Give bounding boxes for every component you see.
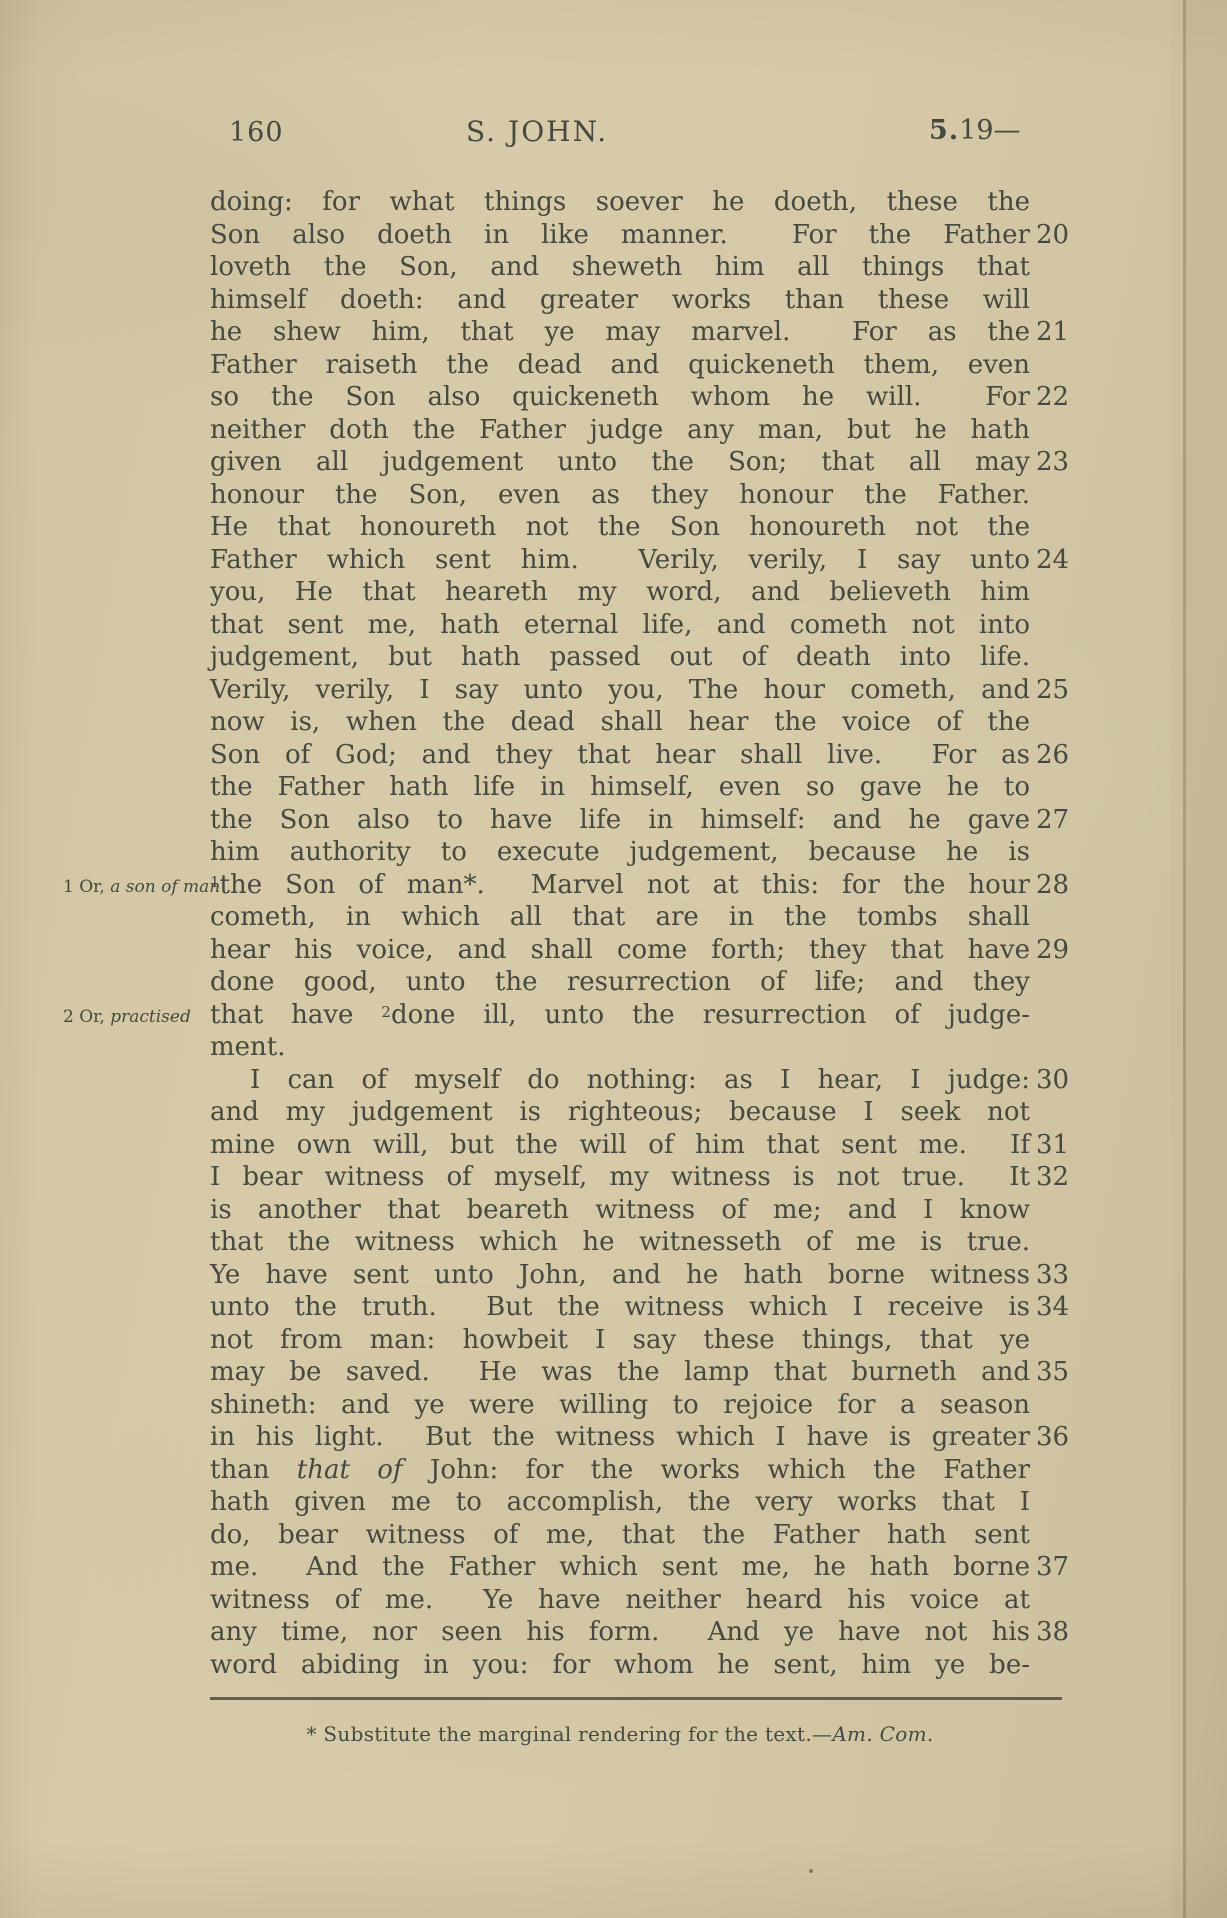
text-segment: the Father hath life in himself, even so… — [210, 772, 1030, 802]
footnote-source: Am. Com. — [832, 1722, 933, 1746]
text-segment: Father raiseth the dead and quickeneth t… — [210, 350, 1030, 380]
verse-ref-verse: 19— — [959, 115, 1020, 146]
text-line-content: himself doeth: and greater works than th… — [210, 284, 1030, 317]
text-line: shineth: and ye were willing to rejoice … — [210, 1389, 1090, 1422]
text-line: loveth the Son, and sheweth him all thin… — [210, 251, 1090, 284]
margin-note-label: 2 Or, — [63, 1007, 110, 1027]
text-segment: mine own will, but the will of him that … — [210, 1130, 1030, 1160]
text-segment: Son also doeth in like manner. For the F… — [210, 220, 1030, 250]
text-segment: ment. — [210, 1032, 286, 1062]
text-segment: neither doth the Father judge any man, b… — [210, 415, 1030, 445]
footnote-text: * Substitute the marginal rendering for … — [306, 1722, 832, 1746]
text-line-content: He that honoureth not the Son honoureth … — [210, 511, 1030, 544]
verse-number: 32 — [1036, 1161, 1086, 1194]
text-segment: done good, unto the resurrection of life… — [210, 967, 1030, 997]
verse-number: 23 — [1036, 446, 1086, 479]
footnote-divider-rule — [210, 1697, 1062, 1700]
text-line-content: is another that beareth witness of me; a… — [210, 1194, 1030, 1227]
text-line-content: witness of me. Ye have neither heard his… — [210, 1584, 1030, 1617]
paper-speck — [809, 1869, 813, 1873]
text-line: Son of God; and they that hear shall liv… — [210, 739, 1090, 772]
text-line: hear his voice, and shall come forth; th… — [210, 934, 1090, 967]
text-line-content: not from man: howbeit I say these things… — [210, 1324, 1030, 1357]
text-line: you, He that heareth my word, and believ… — [210, 576, 1090, 609]
text-line: judgement, but hath passed out of death … — [210, 641, 1090, 674]
text-line: I bear witness of myself, my witness is … — [210, 1161, 1090, 1194]
text-line-content: done good, unto the resurrection of life… — [210, 966, 1030, 999]
verse-number: 26 — [1036, 739, 1086, 772]
margin-note: 1 Or, a son of man — [63, 877, 223, 897]
text-line-content: hear his voice, and shall come forth; th… — [210, 934, 1030, 967]
text-line: me. And the Father which sent me, he hat… — [210, 1551, 1090, 1584]
text-line: Verily, verily, I say unto you, The hour… — [210, 674, 1090, 707]
text-segment: than — [210, 1455, 297, 1485]
text-line: do, bear witness of me, that the Father … — [210, 1519, 1090, 1552]
text-segment: the Son of man*. Marvel not at this: for… — [220, 870, 1030, 900]
text-line-content: me. And the Father which sent me, he hat… — [210, 1551, 1030, 1584]
text-line-content: so the Son also quickeneth whom he will.… — [210, 381, 1030, 414]
verse-number: 28 — [1036, 869, 1086, 902]
text-line: He that honoureth not the Son honoureth … — [210, 511, 1090, 544]
text-line-content: the Son also to have life in himself: an… — [210, 804, 1030, 837]
text-line-content: given all judgement unto the Son; that a… — [210, 446, 1030, 479]
text-line: the Son also to have life in himself: an… — [210, 804, 1090, 837]
text-segment: Verily, verily, I say unto you, The hour… — [210, 675, 1030, 705]
text-line-content: Son of God; and they that hear shall liv… — [210, 739, 1030, 772]
text-line: Son also doeth in like manner. For the F… — [210, 219, 1090, 252]
verse-number: 38 — [1036, 1616, 1086, 1649]
text-segment: and my judgement is righteous; because I… — [210, 1097, 1030, 1127]
text-line-content: the Father hath life in himself, even so… — [210, 771, 1030, 804]
text-line: so the Son also quickeneth whom he will.… — [210, 381, 1090, 414]
text-line: done good, unto the resurrection of life… — [210, 966, 1090, 999]
text-line: that the witness which he witnesseth of … — [210, 1226, 1090, 1259]
verse-number: 20 — [1036, 219, 1086, 252]
verse-number: 31 — [1036, 1129, 1086, 1162]
text-line: may be saved. He was the lamp that burne… — [210, 1356, 1090, 1389]
text-line: that have 2done ill, unto the resurrecti… — [210, 999, 1090, 1032]
body-text-block: doing: for what things soever he doeth, … — [210, 186, 1090, 1681]
text-segment: that sent me, hath eternal life, and com… — [210, 610, 1030, 640]
text-segment: unto the truth. But the witness which I … — [210, 1292, 1030, 1322]
verse-number: 21 — [1036, 316, 1086, 349]
text-segment: word abiding in you: for whom he sent, h… — [210, 1650, 1030, 1680]
margin-note-reading: a son of man — [110, 877, 220, 897]
text-segment: Ye have sent unto John, and he hath born… — [210, 1260, 1030, 1290]
text-line: not from man: howbeit I say these things… — [210, 1324, 1090, 1357]
text-line-content: that sent me, hath eternal life, and com… — [210, 609, 1030, 642]
verse-ref-chapter: 5. — [929, 115, 959, 146]
text-segment: cometh, in which all that are in the tom… — [210, 902, 1030, 932]
scanned-book-page: 160 S. JOHN. 5.19— doing: for what thing… — [0, 0, 1227, 1918]
text-segment: that have — [210, 1000, 381, 1030]
text-line: in his light. But the witness which I ha… — [210, 1421, 1090, 1454]
text-line-content: Ye have sent unto John, and he hath born… — [210, 1259, 1030, 1292]
text-line-content: that the witness which he witnesseth of … — [210, 1226, 1030, 1259]
text-line-content: Father raiseth the dead and quickeneth t… — [210, 349, 1030, 382]
text-line-content: I can of myself do nothing: as I hear, I… — [210, 1064, 1030, 1097]
text-segment: may be saved. He was the lamp that burne… — [210, 1357, 1030, 1387]
text-segment: you, He that heareth my word, and believ… — [210, 577, 1030, 607]
verse-number: 37 — [1036, 1551, 1086, 1584]
text-line: I can of myself do nothing: as I hear, I… — [210, 1064, 1090, 1097]
text-line: word abiding in you: for whom he sent, h… — [210, 1649, 1090, 1682]
text-line-content: doing: for what things soever he doeth, … — [210, 186, 1030, 219]
text-line-content: in his light. But the witness which I ha… — [210, 1421, 1030, 1454]
verse-number: 24 — [1036, 544, 1086, 577]
verse-number: 36 — [1036, 1421, 1086, 1454]
text-line-content: unto the truth. But the witness which I … — [210, 1291, 1030, 1324]
text-line: that sent me, hath eternal life, and com… — [210, 609, 1090, 642]
text-segment: Son of God; and they that hear shall liv… — [210, 740, 1030, 770]
text-segment: now is, when the dead shall hear the voi… — [210, 707, 1030, 737]
running-head-title: S. JOHN. — [466, 115, 608, 148]
text-segment: I bear witness of myself, my witness is … — [210, 1162, 1030, 1192]
text-line: Father which sent him. Verily, verily, I… — [210, 544, 1090, 577]
text-line-content: neither doth the Father judge any man, b… — [210, 414, 1030, 447]
verse-number: 35 — [1036, 1356, 1086, 1389]
text-line-content: do, bear witness of me, that the Father … — [210, 1519, 1030, 1552]
text-segment: done ill, unto the resurrection of judge… — [391, 1000, 1030, 1030]
text-line-content: and my judgement is righteous; because I… — [210, 1096, 1030, 1129]
verse-number: 25 — [1036, 674, 1086, 707]
margin-note-label: 1 Or, — [63, 877, 110, 897]
text-segment: that the witness which he witnesseth of … — [210, 1227, 1030, 1257]
text-line-content: ment. — [210, 1031, 1030, 1064]
verse-number: 22 — [1036, 381, 1086, 414]
text-line: himself doeth: and greater works than th… — [210, 284, 1090, 317]
text-line: neither doth the Father judge any man, b… — [210, 414, 1090, 447]
text-line: doing: for what things soever he doeth, … — [210, 186, 1090, 219]
text-segment: hath given me to accomplish, the very wo… — [210, 1487, 1030, 1517]
page-number: 160 — [229, 117, 284, 148]
verse-number: 29 — [1036, 934, 1086, 967]
text-line: any time, nor seen his form. And ye have… — [210, 1616, 1090, 1649]
text-segment: doing: for what things soever he doeth, … — [210, 187, 1030, 217]
text-line-content: mine own will, but the will of him that … — [210, 1129, 1030, 1162]
text-segment: honour the Son, even as they honour the … — [210, 480, 1030, 510]
text-line: than that of John: for the works which t… — [210, 1454, 1090, 1487]
verse-number: 34 — [1036, 1291, 1086, 1324]
text-segment: the Son also to have life in himself: an… — [210, 805, 1030, 835]
text-line-content: any time, nor seen his form. And ye have… — [210, 1616, 1030, 1649]
text-line: 1the Son of man*. Marvel not at this: fo… — [210, 869, 1090, 902]
text-line: the Father hath life in himself, even so… — [210, 771, 1090, 804]
page-crease-line — [1183, 0, 1186, 1918]
text-line-content: he shew him, that ye may marvel. For as … — [210, 316, 1030, 349]
text-line-content: Son also doeth in like manner. For the F… — [210, 219, 1030, 252]
text-segment: any time, nor seen his form. And ye have… — [210, 1617, 1030, 1647]
verse-number: 27 — [1036, 804, 1086, 837]
text-segment: loveth the Son, and sheweth him all thin… — [210, 252, 1030, 282]
text-line-content: Verily, verily, I say unto you, The hour… — [210, 674, 1030, 707]
text-line: ment. — [210, 1031, 1090, 1064]
text-segment: hear his voice, and shall come forth; th… — [210, 935, 1030, 965]
text-line: Ye have sent unto John, and he hath born… — [210, 1259, 1090, 1292]
text-line-content: now is, when the dead shall hear the voi… — [210, 706, 1030, 739]
text-segment: do, bear witness of me, that the Father … — [210, 1520, 1030, 1550]
text-line-content: you, He that heareth my word, and believ… — [210, 576, 1030, 609]
text-line-content: that have 2done ill, unto the resurrecti… — [210, 999, 1030, 1032]
text-line-content: word abiding in you: for whom he sent, h… — [210, 1649, 1030, 1682]
text-line: is another that beareth witness of me; a… — [210, 1194, 1090, 1227]
text-segment: judgement, but hath passed out of death … — [210, 642, 1030, 672]
text-line: he shew him, that ye may marvel. For as … — [210, 316, 1090, 349]
text-line: honour the Son, even as they honour the … — [210, 479, 1090, 512]
text-segment: witness of me. Ye have neither heard his… — [210, 1585, 1030, 1615]
text-segment: he shew him, that ye may marvel. For as … — [210, 317, 1030, 347]
text-line-content: loveth the Son, and sheweth him all thin… — [210, 251, 1030, 284]
running-head-verse-ref: 5.19— — [929, 115, 1021, 146]
text-line-content: him authority to execute judgement, beca… — [210, 836, 1030, 869]
text-segment: is another that beareth witness of me; a… — [210, 1195, 1030, 1225]
text-line-content: honour the Son, even as they honour the … — [210, 479, 1030, 512]
page-edge-shading — [1186, 0, 1227, 1918]
text-segment: so the Son also quickeneth whom he will.… — [210, 382, 1030, 412]
text-line: Father raiseth the dead and quickeneth t… — [210, 349, 1090, 382]
italic-phrase: that of — [297, 1455, 403, 1485]
margin-note-reading: practised — [110, 1007, 191, 1027]
text-segment: He that honoureth not the Son honoureth … — [210, 512, 1030, 542]
verse-number: 30 — [1036, 1064, 1086, 1097]
text-line-content: Father which sent him. Verily, verily, I… — [210, 544, 1030, 577]
text-line-content: cometh, in which all that are in the tom… — [210, 901, 1030, 934]
text-line: witness of me. Ye have neither heard his… — [210, 1584, 1090, 1617]
text-line: cometh, in which all that are in the tom… — [210, 901, 1090, 934]
text-line: now is, when the dead shall hear the voi… — [210, 706, 1090, 739]
text-line: hath given me to accomplish, the very wo… — [210, 1486, 1090, 1519]
verse-number: 33 — [1036, 1259, 1086, 1292]
text-segment: himself doeth: and greater works than th… — [210, 285, 1030, 315]
text-segment: him authority to execute judgement, beca… — [210, 837, 1030, 867]
text-segment: me. And the Father which sent me, he hat… — [210, 1552, 1030, 1582]
text-line: him authority to execute judgement, beca… — [210, 836, 1090, 869]
text-segment: I can of myself do nothing: as I hear, I… — [250, 1065, 1030, 1095]
text-line-content: judgement, but hath passed out of death … — [210, 641, 1030, 674]
text-line: and my judgement is righteous; because I… — [210, 1096, 1090, 1129]
text-segment: John: for the works which the Father — [403, 1455, 1030, 1485]
text-segment: Father which sent him. Verily, verily, I… — [210, 545, 1030, 575]
text-line-content: may be saved. He was the lamp that burne… — [210, 1356, 1030, 1389]
text-line-content: than that of John: for the works which t… — [210, 1454, 1030, 1487]
text-line-content: shineth: and ye were willing to rejoice … — [210, 1389, 1030, 1422]
text-line-content: 1the Son of man*. Marvel not at this: fo… — [210, 869, 1030, 902]
text-line: unto the truth. But the witness which I … — [210, 1291, 1090, 1324]
footnote-reference-superscript: 2 — [381, 1003, 391, 1021]
margin-note: 2 Or, practised — [63, 1007, 223, 1027]
text-line-content: hath given me to accomplish, the very wo… — [210, 1486, 1030, 1519]
text-segment: given all judgement unto the Son; that a… — [210, 447, 1030, 477]
text-line-content: I bear witness of myself, my witness is … — [210, 1161, 1030, 1194]
text-segment: shineth: and ye were willing to rejoice … — [210, 1390, 1030, 1420]
footnote: * Substitute the marginal rendering for … — [210, 1722, 1030, 1746]
text-segment: not from man: howbeit I say these things… — [210, 1325, 1030, 1355]
text-segment: in his light. But the witness which I ha… — [210, 1422, 1030, 1452]
text-line: given all judgement unto the Son; that a… — [210, 446, 1090, 479]
text-line: mine own will, but the will of him that … — [210, 1129, 1090, 1162]
